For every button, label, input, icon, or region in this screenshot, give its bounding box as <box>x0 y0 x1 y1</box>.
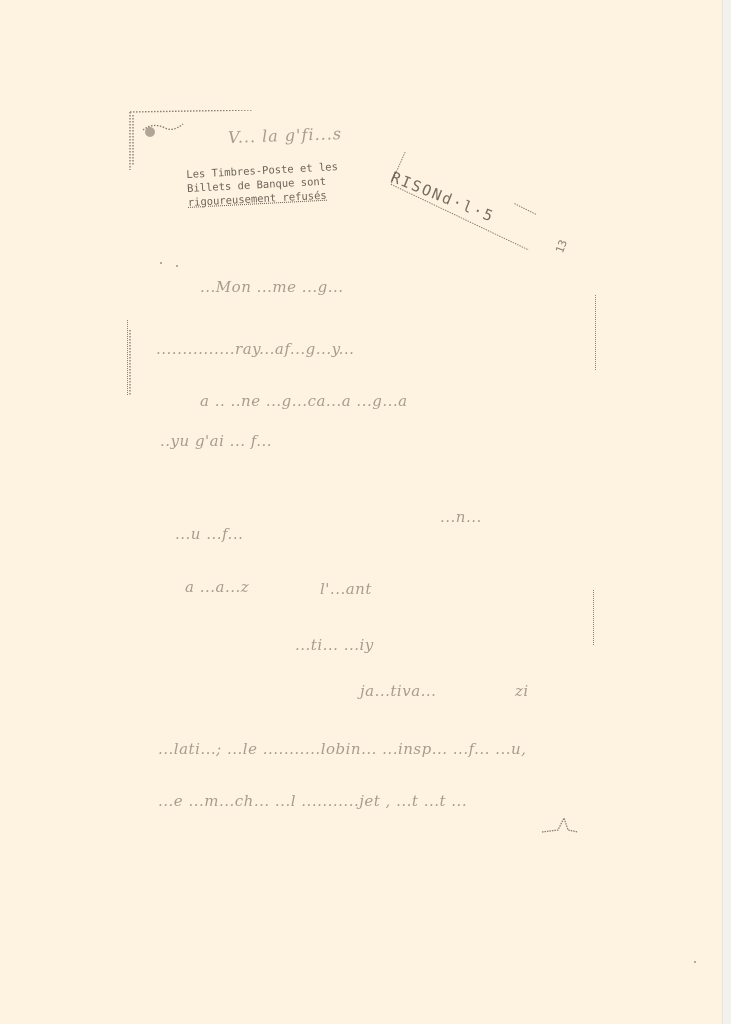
handwritten-line: ...ti... ...iy <box>295 636 374 654</box>
printed-notice: Les Timbres-Poste et les Billets de Banq… <box>186 160 340 210</box>
ink-flourish-icon <box>540 812 580 837</box>
handwritten-line: ...u ...f... <box>175 525 243 543</box>
handwritten-line: a .. ..ne ...g...ca...a ...g...a <box>200 392 408 410</box>
handwritten-line: l'...ant <box>320 580 372 598</box>
ink-dot <box>160 262 162 264</box>
header-handwriting: V... la g'fi...s <box>228 124 343 147</box>
scan-edge <box>722 0 731 1024</box>
handwritten-line: a ...a...z <box>185 578 249 596</box>
ink-dot <box>176 265 178 267</box>
handwritten-line: ...e ...m...ch... ...l ...........jet , … <box>158 792 467 810</box>
margin-mark <box>127 320 130 395</box>
ink-dot <box>694 961 696 963</box>
margin-mark <box>593 590 596 645</box>
handwritten-line: ..yu g'ai ... f... <box>160 432 272 450</box>
handwritten-line: ...lati...; ...le ...........lobin... ..… <box>158 740 526 758</box>
handwritten-line: ...n... <box>440 508 482 526</box>
handwritten-line: zi <box>515 682 529 700</box>
margin-mark <box>595 295 598 370</box>
handwritten-line: ...Mon ...me ...g... <box>200 278 344 296</box>
handwritten-line: ...............ray...af...g...y... <box>156 340 354 358</box>
handwritten-line: ja...tiva... <box>360 682 436 700</box>
